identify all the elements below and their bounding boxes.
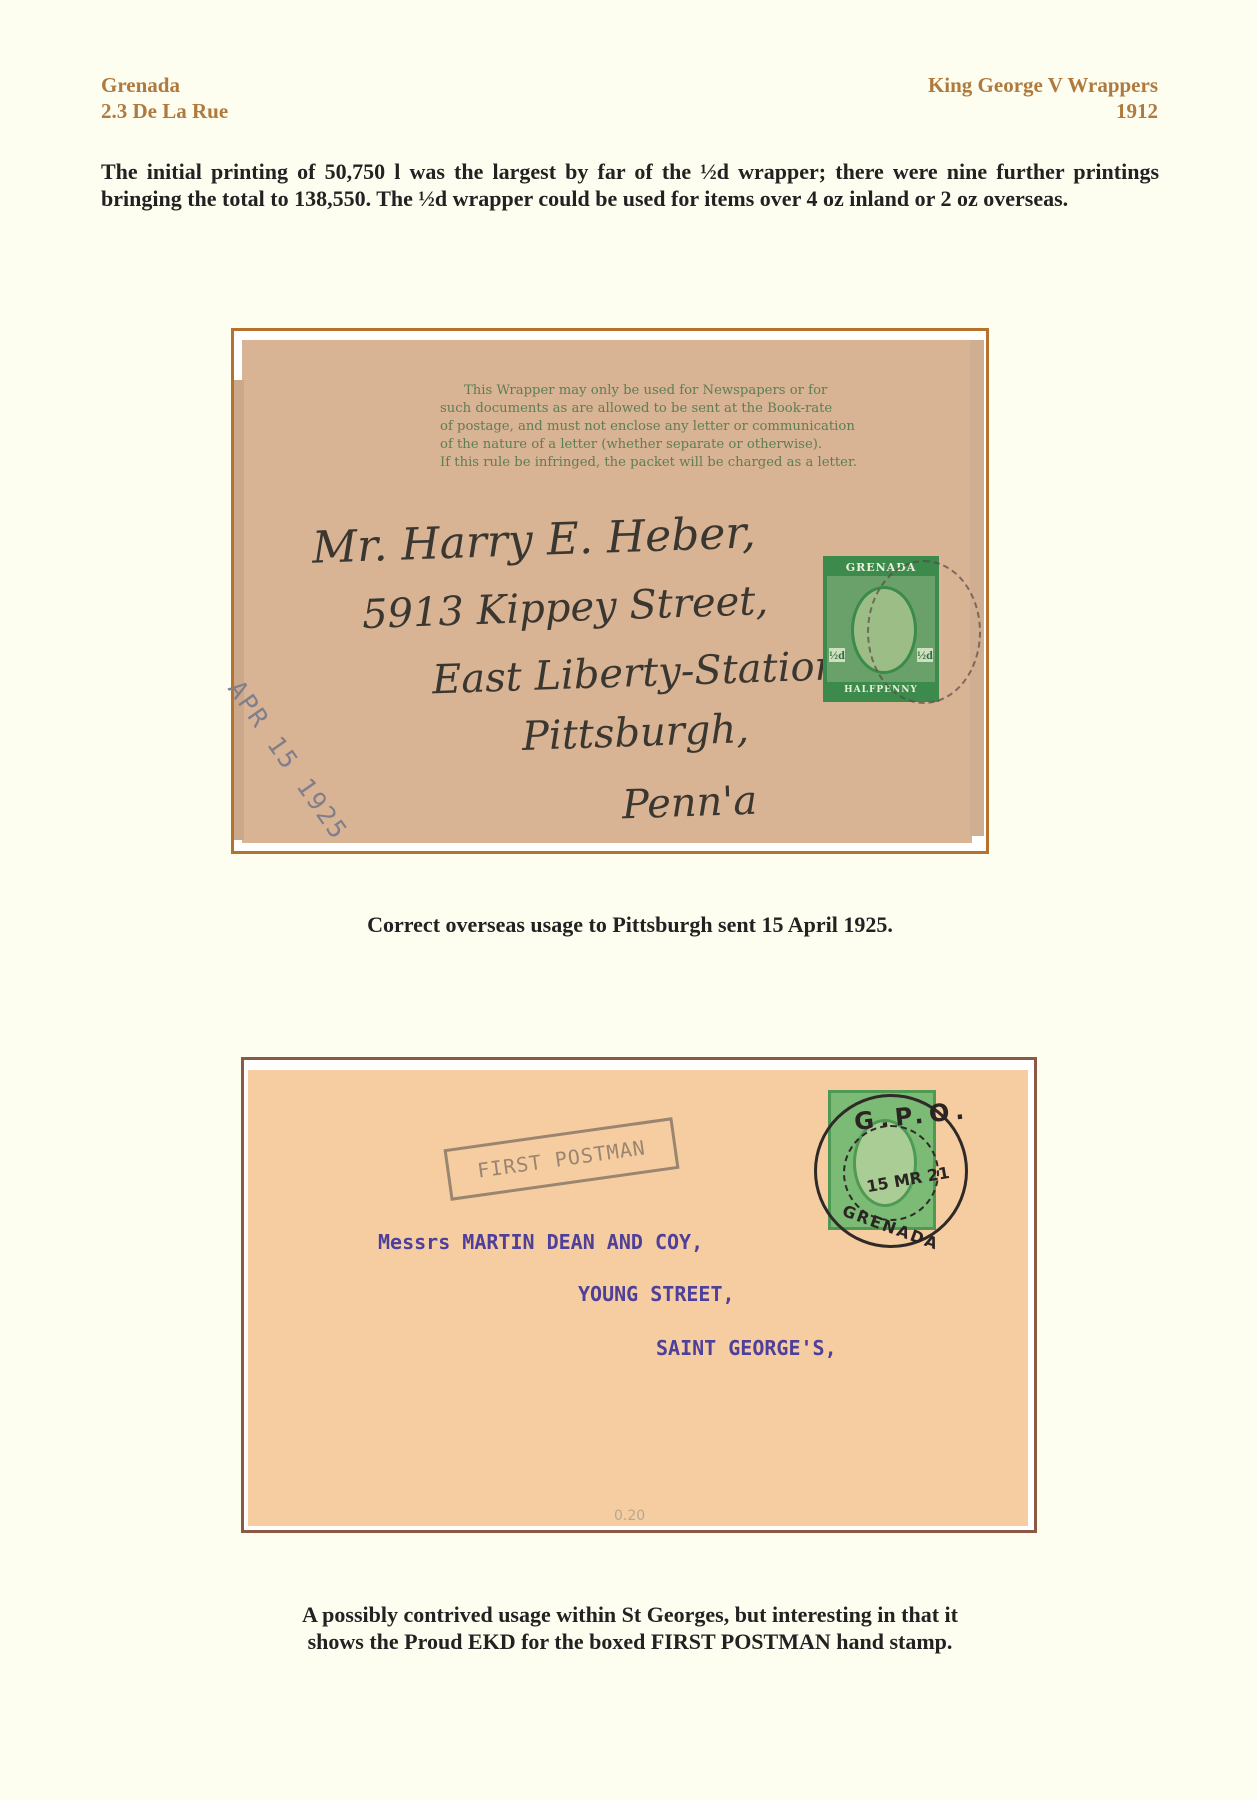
postmark-icon (867, 560, 981, 704)
cover-1-wrapper: This Wrapper may only be used for Newspa… (242, 340, 972, 843)
notice-line: If this rule be infringed, the packet wi… (440, 454, 865, 472)
address-line: Pittsburgh, (521, 706, 749, 760)
section-heading: 2.3 De La Rue (101, 98, 228, 124)
series-heading: King George V Wrappers (928, 72, 1158, 98)
page-header-right: King George V Wrappers 1912 (928, 72, 1158, 124)
notice-line: of postage, and must not enclose any let… (440, 418, 865, 436)
cover-2-caption: A possibly contrived usage within St Geo… (200, 1601, 1060, 1655)
cover-2-frame: FIRST POSTMAN Messrs MARTIN DEAN AND COY… (241, 1057, 1037, 1533)
year-heading: 1912 (928, 98, 1158, 124)
address-line: Mr. Harry E. Heber, (311, 507, 756, 573)
stamp-value: ½d (829, 648, 845, 662)
wrapper-notice: This Wrapper may only be used for Newspa… (440, 382, 865, 472)
intro-paragraph: The initial printing of 50,750 l was the… (101, 158, 1159, 212)
country-heading: Grenada (101, 72, 228, 98)
address-line: Messrs MARTIN DEAN AND COY, (378, 1230, 703, 1254)
wrapper-fold (234, 380, 244, 840)
cover-2-wrapper: FIRST POSTMAN Messrs MARTIN DEAN AND COY… (248, 1070, 1028, 1526)
pencil-price-note: 0.20 (614, 1508, 645, 1524)
address-line: East Liberty-Station, (431, 643, 853, 704)
wrapper-edge (970, 340, 984, 836)
address-line: YOUNG STREET, (578, 1282, 735, 1306)
address-line: Penn'a (621, 778, 758, 829)
page-header-left: Grenada 2.3 De La Rue (101, 72, 228, 124)
caption-line: shows the Proud EKD for the boxed FIRST … (200, 1628, 1060, 1655)
cover-1-frame: This Wrapper may only be used for Newspa… (231, 328, 989, 854)
address-line: 5913 Kippey Street, (361, 578, 768, 638)
first-postman-handstamp: FIRST POSTMAN (444, 1117, 680, 1201)
notice-line: of the nature of a letter (whether separ… (440, 436, 865, 454)
caption-line: A possibly contrived usage within St Geo… (200, 1601, 1060, 1628)
address-line: SAINT GEORGE'S, (656, 1336, 837, 1360)
notice-line: This Wrapper may only be used for Newspa… (464, 383, 827, 398)
notice-line: such documents as are allowed to be sent… (440, 400, 865, 418)
cover-1-caption: Correct overseas usage to Pittsburgh sen… (200, 911, 1060, 938)
